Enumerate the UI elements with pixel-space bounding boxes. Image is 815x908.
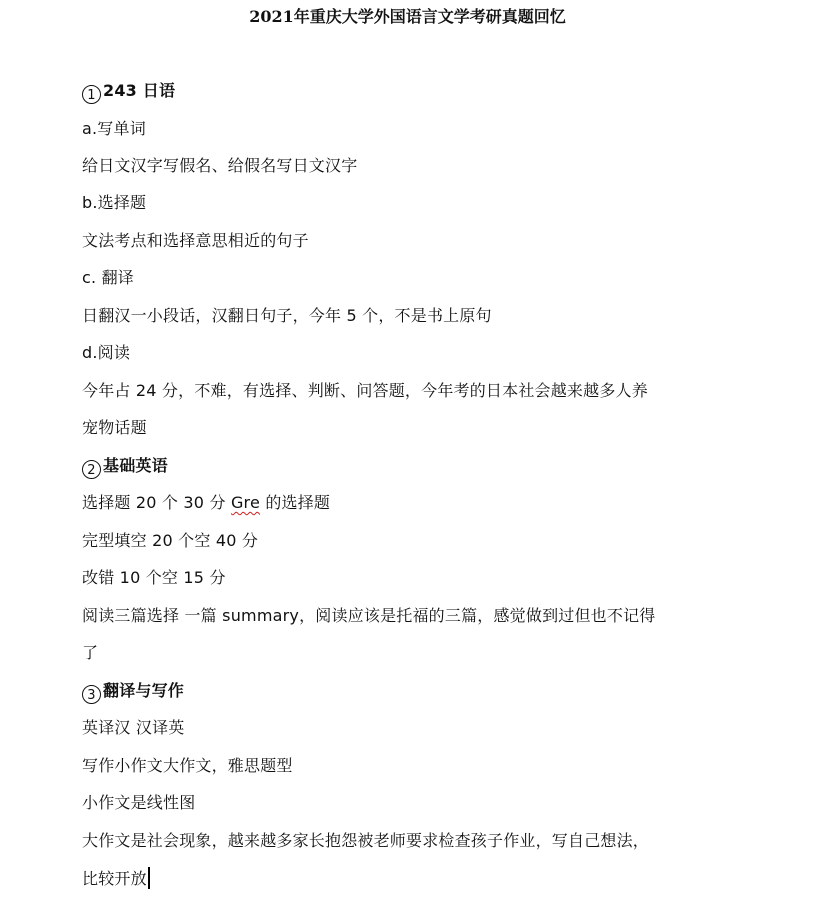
text-cursor[interactable] <box>148 867 150 889</box>
doc-line: 选择题 20 个 30 分 Gre 的选择题 <box>82 492 330 514</box>
doc-line: c. 翻译 <box>82 267 134 289</box>
doc-line: 今年占 24 分，不难，有选择、判断、问答题，今年考的日本社会越来越多人养 <box>82 380 648 402</box>
doc-line: 改错 10 个空 15 分 <box>82 567 226 589</box>
doc-line: 阅读三篇选择 一篇 summary，阅读应该是托福的三篇，感觉做到过但也不记得 <box>82 605 655 627</box>
doc-line: d.阅读 <box>82 342 130 364</box>
document-title: 2021年重庆大学外国语言文学考研真题回忆 <box>0 4 815 30</box>
spellcheck-flagged-word[interactable]: Gre <box>231 493 260 512</box>
doc-line: 文法考点和选择意思相近的句子 <box>82 230 309 252</box>
doc-line: 宠物话题 <box>82 417 147 439</box>
section-heading-3: 3翻译与写作 <box>82 680 184 704</box>
doc-line: 英译汉 汉译英 <box>82 717 185 739</box>
doc-line: 大作文是社会现象，越来越多家长抱怨被老师要求检查孩子作业，写自己想法， <box>82 830 649 852</box>
doc-line: 写作小作文大作文，雅思题型 <box>82 755 293 777</box>
doc-line: 日翻汉一小段话，汉翻日句子，今年 5 个，不是书上原句 <box>82 305 492 327</box>
circled-number-2: 2 <box>82 460 101 479</box>
doc-line: 给日文汉字写假名、给假名写日文汉字 <box>82 155 357 177</box>
circled-number-1: 1 <box>82 85 101 104</box>
section-heading-2: 2基础英语 <box>82 455 168 479</box>
doc-line: 完型填空 20 个空 40 分 <box>82 530 258 552</box>
doc-line: 了 <box>82 642 98 664</box>
circled-number-3: 3 <box>82 685 101 704</box>
doc-line: 小作文是线性图 <box>82 792 195 814</box>
doc-line: b.选择题 <box>82 192 146 214</box>
doc-line: a.写单词 <box>82 118 146 140</box>
doc-line: 比较开放 <box>82 867 150 890</box>
section-heading-1: 1243 日语 <box>82 80 175 104</box>
